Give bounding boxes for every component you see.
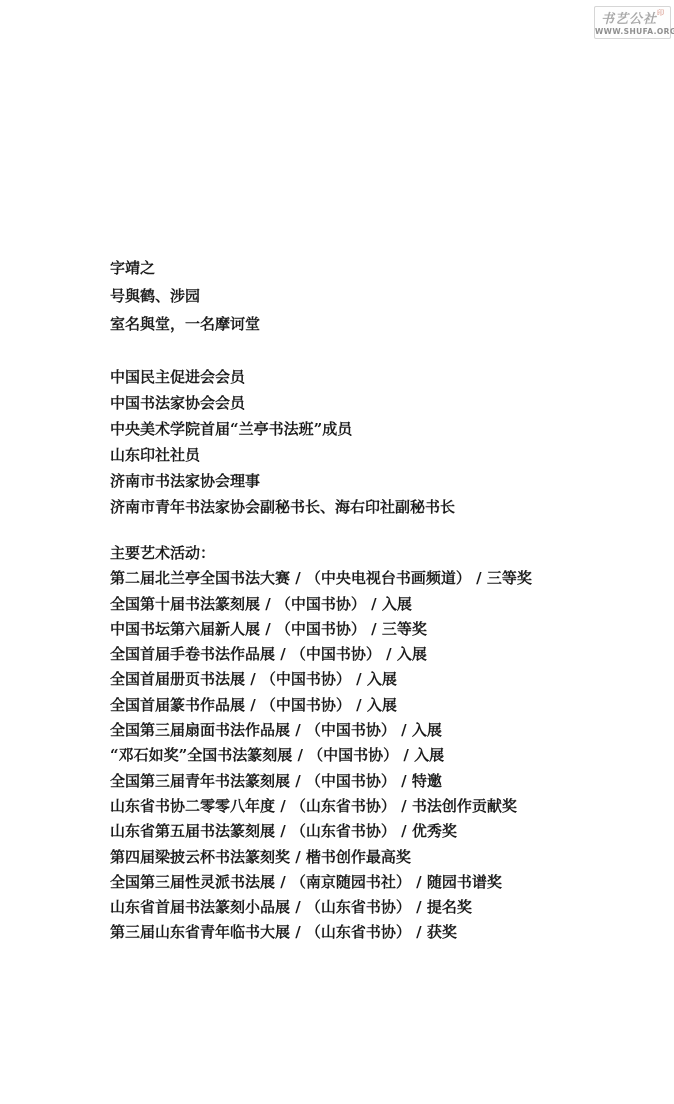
shufa-logo-row: 书艺公社印: [595, 8, 670, 27]
activity-line: 山东省书协二零零八年度 / （山东省书协） / 书法创作贡献奖: [110, 794, 650, 819]
activity-line: 山东省第五届书法篆刻展 / （山东省书协） / 优秀奖: [110, 819, 650, 844]
activity-line: 全国首届册页书法展 / （中国书协） / 入展: [110, 667, 650, 692]
profile-line: 室名與堂，一名摩诃堂: [110, 310, 650, 338]
activity-line: 第四届梁披云杯书法篆刻奖 / 楷书创作最高奖: [110, 845, 650, 870]
activity-line: 第二届北兰亭全国书法大赛 / （中央电视台书画频道） / 三等奖: [110, 566, 650, 591]
activity-line: 全国第三届青年书法篆刻展 / （中国书协） / 特邀: [110, 769, 650, 794]
activities-block: 主要艺术活动： 第二届北兰亭全国书法大赛 / （中央电视台书画频道） / 三等奖…: [110, 541, 650, 946]
membership-line: 中央美术学院首届“兰亭书法班”成员: [110, 416, 650, 442]
document-page: 书艺公社印 WWW.SHUFA.ORG 字靖之 号與鹤、涉园 室名與堂，一名摩诃…: [0, 0, 674, 1104]
membership-line: 中国民主促进会会员: [110, 364, 650, 390]
activity-line: 第三届山东省青年临书大展 / （山东省书协） / 获奖: [110, 920, 650, 945]
activity-line: 全国第三届扇面书法作品展 / （中国书协） / 入展: [110, 718, 650, 743]
profile-line: 号與鹤、涉园: [110, 282, 650, 310]
membership-line: 济南市书法家协会理事: [110, 468, 650, 494]
activity-line: 中国书坛第六届新人展 / （中国书协） / 三等奖: [110, 617, 650, 642]
activity-line: 山东省首届书法篆刻小品展 / （山东省书协） / 提名奖: [110, 895, 650, 920]
activity-line: “邓石如奖”全国书法篆刻展 / （中国书协） / 入展: [110, 743, 650, 768]
activity-line: 全国第十届书法篆刻展 / （中国书协） / 入展: [110, 592, 650, 617]
membership-line: 济南市青年书法家协会副秘书长、海右印社副秘书长: [110, 494, 650, 520]
shufa-watermark-stamp: 书艺公社印 WWW.SHUFA.ORG: [594, 6, 671, 39]
activity-line: 全国首届手卷书法作品展 / （中国书协） / 入展: [110, 642, 650, 667]
membership-line: 山东印社社员: [110, 442, 650, 468]
profile-block: 字靖之 号與鹤、涉园 室名與堂，一名摩诃堂: [110, 254, 650, 338]
shufa-seal-icon: 印: [657, 9, 664, 17]
membership-line: 中国书法家协会会员: [110, 390, 650, 416]
activity-line: 全国第三届性灵派书法展 / （南京随园书社） / 随园书谱奖: [110, 870, 650, 895]
shufa-logo-characters: 书艺公社: [601, 12, 657, 27]
shufa-logo-url: WWW.SHUFA.ORG: [595, 27, 670, 36]
activity-line: 全国首届篆书作品展 / （中国书协） / 入展: [110, 693, 650, 718]
activities-heading: 主要艺术活动：: [110, 541, 650, 566]
profile-line: 字靖之: [110, 254, 650, 282]
biography-text: 字靖之 号與鹤、涉园 室名與堂，一名摩诃堂 中国民主促进会会员 中国书法家协会会…: [110, 254, 650, 946]
memberships-block: 中国民主促进会会员 中国书法家协会会员 中央美术学院首届“兰亭书法班”成员 山东…: [110, 364, 650, 520]
